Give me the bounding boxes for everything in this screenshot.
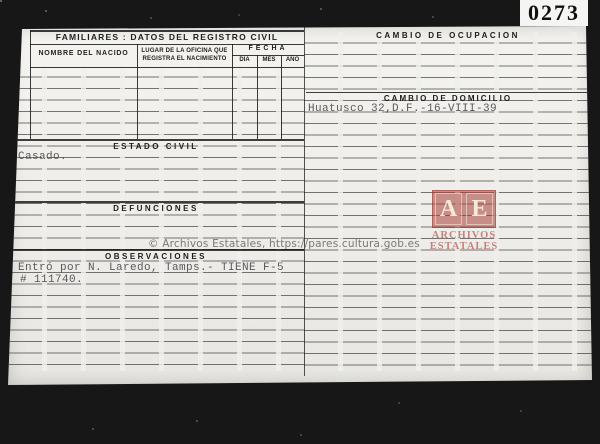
ae-logo-letter-e: E	[466, 193, 493, 225]
ae-logo-letter-a: A	[435, 193, 462, 225]
col-line-mes-ano	[281, 55, 282, 139]
table-left-border	[30, 30, 31, 139]
subcolumn-ano: AÑO	[281, 57, 304, 63]
ae-logo-caption: ARCHIVOS ESTATALES	[427, 230, 501, 252]
registry-card: FAMILIARES : DATOS DEL REGISTRO CIVIL NO…	[8, 26, 592, 385]
observaciones-line1: Entró por N. Laredo, Tamps.- TIENE F-5	[18, 262, 284, 274]
column-header-nombre: NOMBRE DEL NACIDO	[30, 50, 137, 57]
lugar-line1: LUGAR DE LA OFICINA QUE	[141, 48, 227, 54]
pares-watermark-text: © Archivos Estatales, https://pares.cult…	[148, 238, 420, 250]
estado-civil-heading: ESTADO CIVIL	[8, 142, 304, 151]
column-header-fecha: FECHA	[232, 45, 304, 52]
ruled-lines-left	[8, 66, 304, 371]
column-header-lugar: LUGAR DE LA OFICINA QUE REGISTRA EL NACI…	[137, 47, 232, 63]
col-line-dia-mes	[257, 55, 258, 139]
subcolumn-mes: MES	[257, 57, 281, 63]
cambio-domicilio-heading: CAMBIO DE DOMICILIO	[304, 94, 592, 103]
estado-civil-value: Casado.	[18, 151, 67, 163]
observaciones-heading: OBSERVACIONES	[8, 252, 304, 261]
ae-logo-block: A E	[432, 190, 496, 228]
defunciones-rule	[8, 201, 304, 203]
archive-number-label: 0273	[520, 0, 588, 26]
center-divider-line	[304, 26, 305, 376]
lugar-line2: REGISTRA EL NACIMIENTO	[143, 56, 227, 62]
table-title: FAMILIARES : DATOS DEL REGISTRO CIVIL	[30, 32, 304, 42]
fecha-split-line	[232, 55, 304, 56]
cambio-domicilio-value: Huatusco 32,D.F.-16-VIII-39	[308, 103, 497, 115]
observaciones-line2: # 111740.	[20, 274, 83, 286]
ae-caption-line2: ESTATALES	[430, 241, 499, 252]
scan-dust-specks	[0, 0, 2, 2]
table-header-underline	[30, 67, 304, 68]
ae-caption-line1: ARCHIVOS	[432, 230, 496, 241]
subcolumn-dia: DIA	[232, 57, 257, 63]
cambio-domicilio-rule	[306, 92, 592, 93]
cambio-ocupacion-heading: CAMBIO DE OCUPACION	[304, 31, 592, 40]
defunciones-heading: DEFUNCIONES	[8, 204, 304, 213]
estado-civil-rule	[12, 139, 304, 141]
archivos-estatales-logo: A E ARCHIVOS ESTATALES	[427, 190, 501, 252]
